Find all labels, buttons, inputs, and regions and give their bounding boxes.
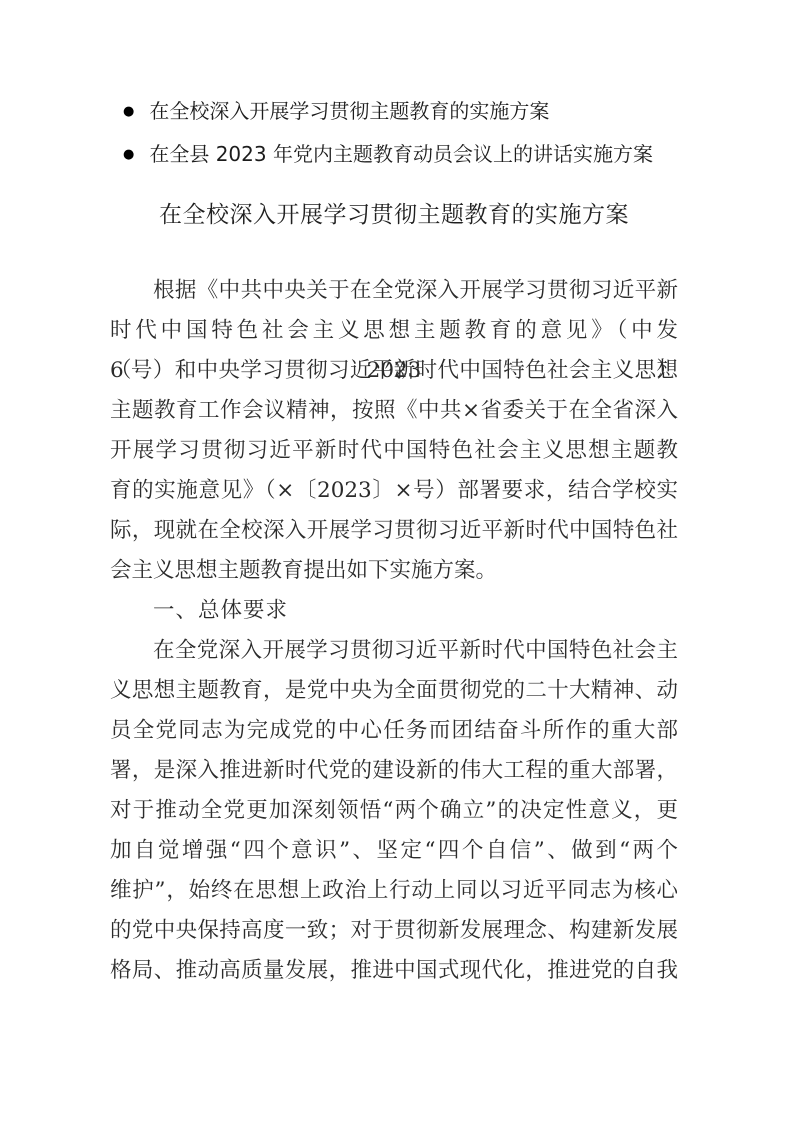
body-line: 维护”，始终在思想上政治上行动上同以习近平同志为核心	[110, 871, 678, 911]
bullet-list: ● 在全校深入开展学习贯彻主题教育的实施方案 ● 在全县 2023 年党内主题教…	[110, 90, 678, 176]
body-line: 格局、推动高质量发展，推进中国式现代化，推进党的自我	[110, 951, 678, 991]
bullet-icon: ●	[123, 148, 134, 161]
body-line: 际，现就在全校深入开展学习贯彻习近平新时代中国特色社	[110, 511, 678, 551]
body-line: 署，是深入推进新时代党的建设新的伟大工程的重大部署，	[110, 751, 678, 791]
bullet-icon: ●	[123, 105, 134, 118]
body-line: 时代中国特色社会主义思想主题教育的意见》（中发（2023）	[110, 311, 678, 351]
body-line: 根据《中共中央关于在全党深入开展学习贯彻习近平新	[110, 271, 678, 311]
section-heading: 一、总体要求	[110, 591, 678, 631]
body-line: 开展学习贯彻习近平新时代中国特色社会主义思想主题教	[110, 431, 678, 471]
body-line: 员全党同志为完成党的中心任务而团结奋斗所作的重大部	[110, 711, 678, 751]
body-line: 的党中央保持高度一致；对于贯彻新发展理念、构建新发展	[110, 911, 678, 951]
body-line: 在全党深入开展学习贯彻习近平新时代中国特色社会主	[110, 631, 678, 671]
bullet-item-label: 在全县 2023 年党内主题教育动员会议上的讲话实施方案	[149, 133, 653, 176]
body-line: 主题教育工作会议精神，按照《中共×省委关于在全省深入	[110, 391, 678, 431]
bullet-item-label: 在全校深入开展学习贯彻主题教育的实施方案	[149, 90, 549, 133]
bullet-item: ● 在全县 2023 年党内主题教育动员会议上的讲话实施方案	[123, 133, 678, 176]
body-line: 义思想主题教育，是党中央为全面贯彻党的二十大精神、动	[110, 671, 678, 711]
bullet-item: ● 在全校深入开展学习贯彻主题教育的实施方案	[123, 90, 678, 133]
document-title: 在全校深入开展学习贯彻主题教育的实施方案	[110, 199, 678, 232]
body-line: 对于推动全党更加深刻领悟“两个确立”的决定性意义，更	[110, 791, 678, 831]
body-line: 育的实施意见》（×〔2023〕×号）部署要求，结合学校实	[110, 471, 678, 511]
body-line: 6 号）和中央学习贯彻习近平新时代中国特色社会主义思想	[110, 351, 678, 391]
body-line: 会主义思想主题教育提出如下实施方案。	[110, 551, 678, 591]
document-body: 根据《中共中央关于在全党深入开展学习贯彻习近平新 时代中国特色社会主义思想主题教…	[110, 271, 678, 991]
document-page: ● 在全校深入开展学习贯彻主题教育的实施方案 ● 在全县 2023 年党内主题教…	[0, 0, 793, 1122]
body-line: 加自觉增强“四个意识”、坚定“四个自信”、做到“两个	[110, 831, 678, 871]
